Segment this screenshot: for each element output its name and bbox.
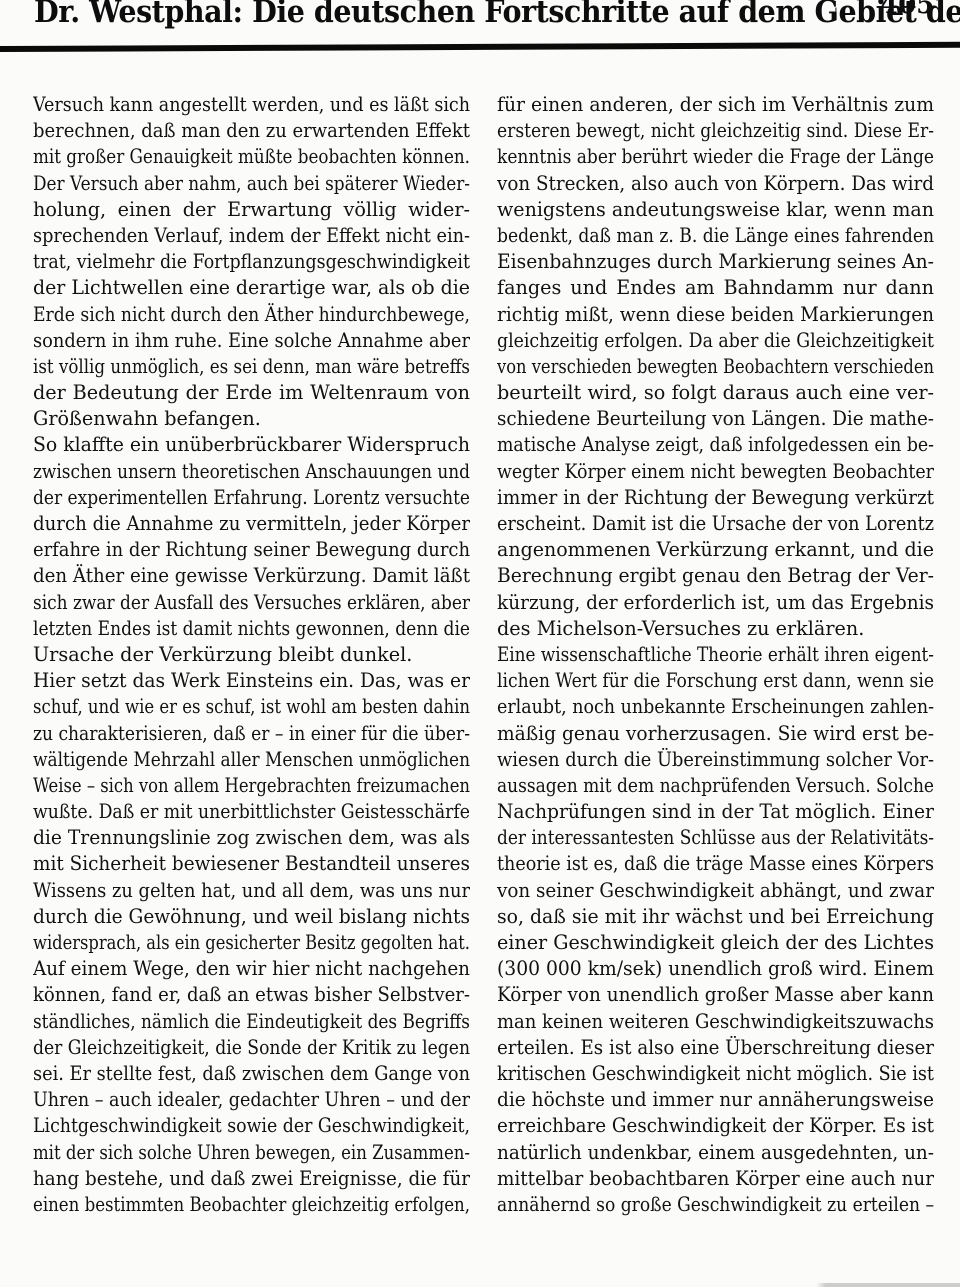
text-line: Ursache der Verkürzung bleibt dunkel. [33,642,470,668]
text-line: von seiner Geschwindigkeit abhängt, und … [497,878,934,904]
text-line: lichen Wert für die Forschung erst dann,… [497,668,934,694]
text-line: den Äther eine gewisse Verkürzung. Damit… [33,563,470,589]
text-line: erteilen. Es ist also eine Überschreitun… [497,1035,934,1061]
text-line: der Gleichzeitigkeit, die Sonde der Krit… [33,1035,470,1061]
text-line: kritischen Geschwindigkeit nicht möglich… [497,1061,934,1087]
text-line: die Trennungslinie zog zwischen dem, was… [33,825,470,851]
text-line: von verschieden bewegten Beobachtern ver… [497,354,934,380]
text-line: widersprach, als ein gesicherter Besitz … [33,930,470,956]
text-line: bedenkt, daß man z. B. die Länge eines f… [497,223,934,249]
text-line: durch die Gewöhnung, und weil bislang ni… [33,904,470,930]
header-mark: ' [834,6,838,22]
text-line: matische Analyse zeigt, daß infolgedesse… [497,432,934,458]
scan-edge [0,1283,960,1287]
running-head: Dr. Westphal: Die deutschen Fortschritte… [34,0,960,30]
text-line: ist völlig unmöglich, es sei denn, man w… [33,354,470,380]
text-line: mit großer Genauigkeit müßte beobachten … [33,144,470,170]
text-line: Versuch kann angestellt werden, und es l… [33,92,470,118]
text-line: Der Versuch aber nahm, auch bei späterer… [33,171,470,197]
text-line: der experimentellen Erfahrung. Lorentz v… [33,485,470,511]
text-line: wältigende Mehrzahl aller Menschen unmög… [33,747,470,773]
text-line: hang bestehe, und daß zwei Ereignisse, d… [33,1166,470,1192]
text-line: mittelbar beobachtbaren Körper eine auch… [497,1166,934,1192]
text-line: der Bedeutung der Erde im Weltenraum von [33,380,470,406]
text-line: für einen anderen, der sich im Verhältni… [497,92,934,118]
page-header: Dr. Westphal: Die deutschen Fortschritte… [0,0,960,40]
text-line: Nachprüfungen sind in der Tat möglich. E… [497,799,934,825]
text-line: mäßig genau vorherzusagen. Sie wird erst… [497,721,934,747]
text-line: ersteren bewegt, nicht gleichzeitig sind… [497,118,934,144]
text-line: durch die Annahme zu vermitteln, jeder K… [33,511,470,537]
text-line: annähernd so große Geschwindigkeit zu er… [497,1192,934,1218]
text-line: zu charakterisieren, daß er – in einer f… [33,721,470,747]
text-line: zwischen unsern theoretischen Anschauung… [33,459,470,485]
text-line: Körper von unendlich großer Masse aber k… [497,982,934,1008]
text-line: wenigstens andeutungsweise klar, wenn ma… [497,197,934,223]
text-line: kürzung, der erforderlich ist, um das Er… [497,590,934,616]
text-line: wegter Körper einem nicht bewegten Beoba… [497,459,934,485]
header-rule [0,42,960,52]
text-line: Weise – sich von allem Hergebrachten fre… [33,773,470,799]
text-line: Erde sich nicht durch den Äther hindurch… [33,302,470,328]
text-line: theorie ist es, daß die träge Masse eine… [497,851,934,877]
text-line: So klaffte ein unüberbrückbarer Widerspr… [33,432,470,458]
text-line: (300 000 km/sek) unendlich groß wird. Ei… [497,956,934,982]
text-line: erreichbare Geschwindigkeit der Körper. … [497,1113,934,1139]
text-line: Wissens zu gelten hat, und all dem, was … [33,878,470,904]
text-line: erfahre in der Richtung seiner Bewegung … [33,537,470,563]
text-line: erscheint. Damit ist die Ursache der von… [497,511,934,537]
text-line: mit der sich solche Uhren bewegen, ein Z… [33,1140,470,1166]
right-column: für einen anderen, der sich im Verhältni… [497,92,934,1218]
text-line: Auf einem Wege, den wir hier nicht nachg… [33,956,470,982]
text-line: des Michelson-Versuches zu erklären. [497,616,934,642]
text-line: sprechenden Verlauf, indem der Effekt ni… [33,223,470,249]
text-line: einen bestimmten Beobachter gleichzeitig… [33,1192,470,1218]
text-line: die höchste und immer nur annäherungswei… [497,1087,934,1113]
text-line: wußte. Daß er mit unerbittlichster Geist… [33,799,470,825]
text-line: man keinen weiteren Geschwindigkeitszuwa… [497,1009,934,1035]
text-line: ständliches, nämlich die Eindeutigkeit d… [33,1009,470,1035]
text-line: der Lichtwellen eine derartige war, als … [33,275,470,301]
text-line: Eisenbahnzuges durch Markierung seines A… [497,249,934,275]
text-line: natürlich undenkbar, einem ausgedehnten,… [497,1140,934,1166]
text-line: Berechnung ergibt genau den Betrag der V… [497,563,934,589]
text-line: kenntnis aber berührt wieder die Frage d… [497,144,934,170]
text-line: angenommenen Verkürzung erkannt, und die [497,537,934,563]
text-line: so, daß sie mit ihr wächst und bei Errei… [497,904,934,930]
text-line: von Strecken, also auch von Körpern. Das… [497,171,934,197]
text-line: Uhren – auch idealer, gedachter Uhren – … [33,1087,470,1113]
text-line: aussagen mit dem nachprüfenden Versuch. … [497,773,934,799]
text-line: richtig mißt, wenn diese beiden Markieru… [497,302,934,328]
text-line: fanges und Endes am Bahndamm nur dann [497,275,934,301]
text-line: gleichzeitig erfolgen. Da aber die Gleic… [497,328,934,354]
text-line: sich zwar der Ausfall des Versuches erkl… [33,590,470,616]
text-line: Größenwahn befangen. [33,406,470,432]
text-line: der interessantesten Schlüsse aus der Re… [497,825,934,851]
page-number: 405 [880,0,934,20]
text-line: mit Sicherheit bewiesener Bestandteil un… [33,851,470,877]
text-line: sei. Er stellte fest, daß zwischen dem G… [33,1061,470,1087]
text-line: Hier setzt das Werk Einsteins ein. Das, … [33,668,470,694]
text-line: sondern in ihm ruhe. Eine solche Annahme… [33,328,470,354]
text-line: schuf, und wie er es schuf, ist wohl am … [33,694,470,720]
left-column: Versuch kann angestellt werden, und es l… [33,92,470,1218]
text-line: trat, vielmehr die Fortpflanzungsgeschwi… [33,249,470,275]
text-line: Lichtgeschwindigkeit sowie der Geschwind… [33,1113,470,1139]
text-line: einer Geschwindigkeit gleich der des Lic… [497,930,934,956]
text-line: letzten Endes ist damit nichts gewonnen,… [33,616,470,642]
text-line: schiedene Beurteilung von Längen. Die ma… [497,406,934,432]
text-line: berechnen, daß man den zu erwartenden Ef… [33,118,470,144]
text-line: können, fand er, daß an etwas bisher Sel… [33,982,470,1008]
text-line: immer in der Richtung der Bewegung verkü… [497,485,934,511]
text-line: holung, einen der Erwartung völlig wider… [33,197,470,223]
text-line: erlaubt, noch unbekannte Erscheinungen z… [497,694,934,720]
text-line: beurteilt wird, so folgt daraus auch ein… [497,380,934,406]
text-line: Eine wissenschaftliche Theorie erhält ih… [497,642,934,668]
text-line: wiesen durch die Übereinstimmung solcher… [497,747,934,773]
